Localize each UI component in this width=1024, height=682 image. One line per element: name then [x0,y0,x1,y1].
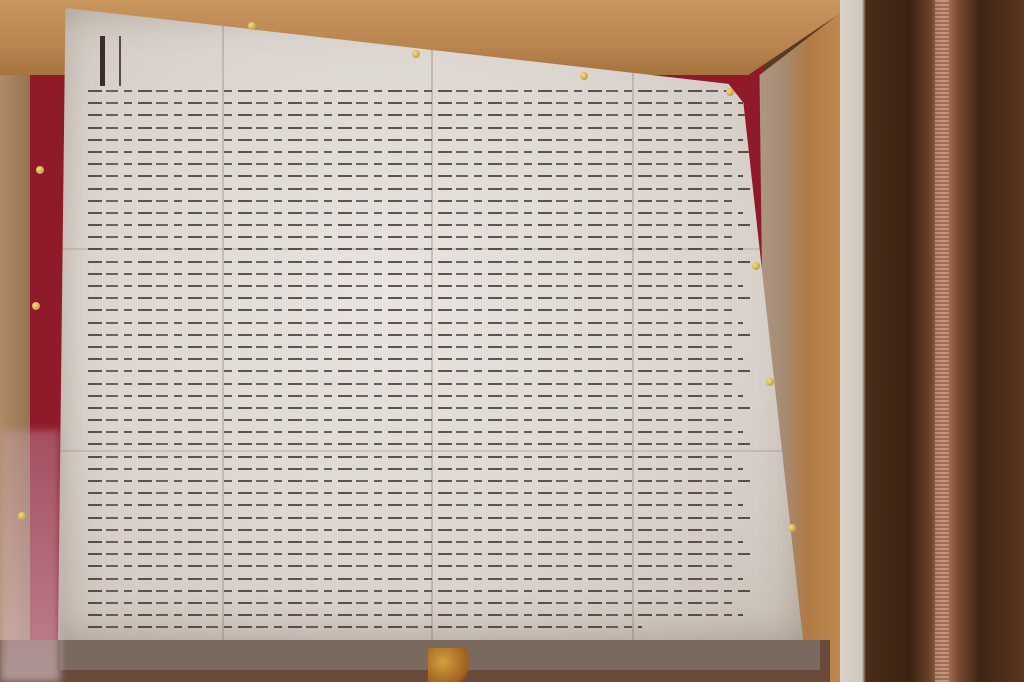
manuscript-line [88,90,736,92]
manuscript-line [88,541,743,543]
manuscript-line [88,553,750,555]
brass-pin [32,302,40,310]
manuscript-line [88,200,736,202]
manuscript-line [88,322,743,324]
manuscript-line [88,590,750,592]
display-cabinet-edge [840,0,1024,682]
brass-pin [18,512,26,520]
brass-pin [752,262,760,270]
manuscript-line [88,114,750,116]
brass-pin [788,524,796,532]
illuminated-initial [100,36,121,86]
manuscript-line [88,285,743,287]
manuscript-line [88,358,743,360]
manuscript-line [88,395,743,397]
parchment-charter [58,8,803,640]
manuscript-line [88,504,743,506]
manuscript-line [88,212,743,214]
brass-pin [412,50,420,58]
manuscript-line [88,163,736,165]
manuscript-line [88,443,750,445]
manuscript-text-block [88,90,763,600]
manuscript-line [88,297,750,299]
manuscript-line [88,456,736,458]
manuscript-line [88,578,743,580]
manuscript-line [88,273,736,275]
manuscript-line [88,602,736,604]
manuscript-line [88,565,736,567]
manuscript-line [88,431,743,433]
manuscript-line [88,248,743,250]
manuscript-line [88,419,736,421]
brass-pin [36,166,44,174]
manuscript-line [88,468,743,470]
manuscript-line [88,309,736,311]
manuscript-line [88,236,736,238]
manuscript-line [88,175,743,177]
manuscript-line [88,346,736,348]
manuscript-line [88,383,736,385]
photo-scene [0,0,1024,682]
manuscript-line [88,517,750,519]
manuscript-line [88,261,750,263]
manuscript-line [88,334,750,336]
manuscript-line [88,139,743,141]
brass-pin [766,378,774,386]
manuscript-line [88,151,750,153]
manuscript-line [88,102,743,104]
manuscript-line [88,188,750,190]
brass-pin [580,72,588,80]
manuscript-line [88,529,736,531]
brass-pin [248,22,256,30]
seal-tassel [428,648,478,682]
manuscript-line [88,407,750,409]
manuscript-line [88,614,743,616]
manuscript-line [88,127,736,129]
manuscript-line [88,480,750,482]
manuscript-line [88,492,736,494]
manuscript-line [88,626,642,628]
cabinet-trim [935,0,949,682]
manuscript-line [88,224,750,226]
glass-reflection [0,430,60,682]
brass-pin [726,88,734,96]
manuscript-line [88,370,750,372]
